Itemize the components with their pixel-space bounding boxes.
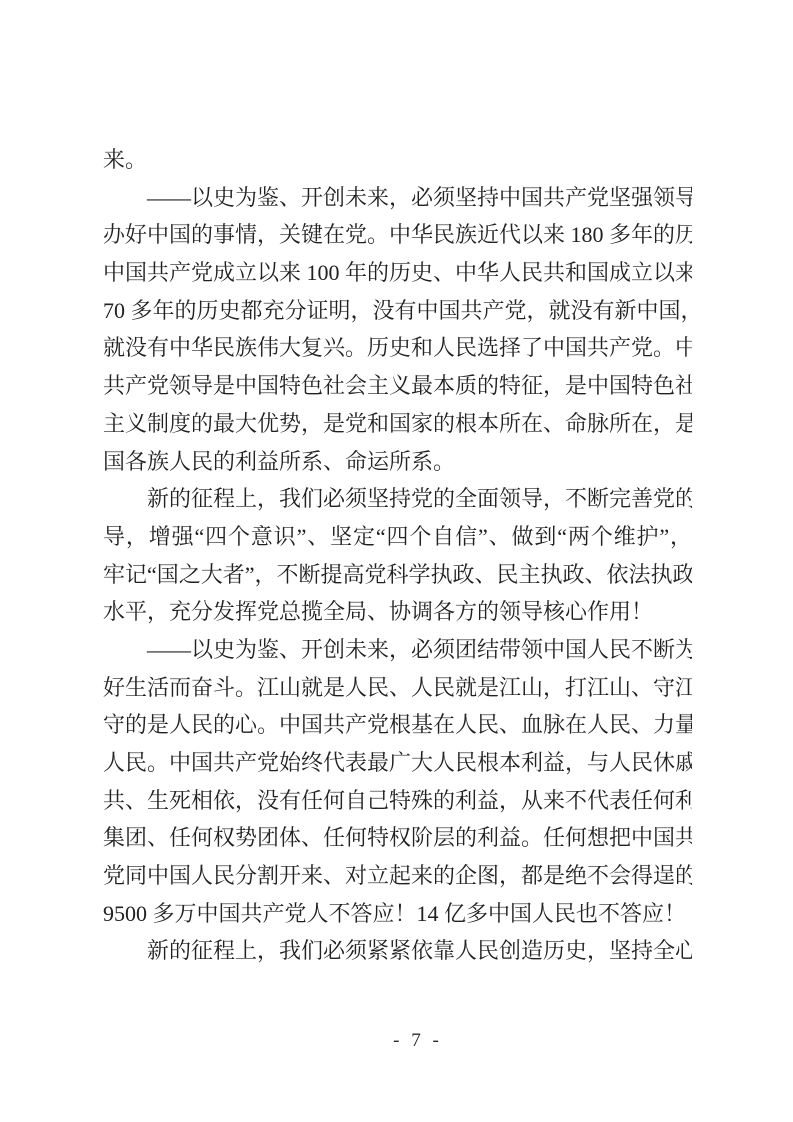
text-line: 主义制度的最大优势，是党和国家的根本所在、命脉所在，是全 — [103, 405, 692, 443]
text-line: 国各族人民的利益所系、命运所系。 — [103, 443, 692, 481]
text-line: 办好中国的事情，关键在党。中华民族近代以来 180 多年的历史、 — [103, 216, 692, 254]
text-line: 新的征程上，我们必须紧紧依靠人民创造历史，坚持全心全 — [103, 932, 692, 970]
text-line: 就没有中华民族伟大复兴。历史和人民选择了中国共产党。中国 — [103, 329, 692, 367]
text-line: 来。 — [103, 141, 692, 179]
text-line: 9500 多万中国共产党人不答应！14 亿多中国人民也不答应！ — [103, 895, 692, 933]
document-body: 来。 ——以史为鉴、开创未来，必须坚持中国共产党坚强领导。 办好中国的事情，关键… — [103, 141, 692, 970]
document-page: 来。 ——以史为鉴、开创未来，必须坚持中国共产党坚强领导。 办好中国的事情，关键… — [0, 0, 793, 1122]
text-line: 守的是人民的心。中国共产党根基在人民、血脉在人民、力量在 — [103, 706, 692, 744]
text-line: 党同中国人民分割开来、对立起来的企图，都是绝不会得逞的！ — [103, 857, 692, 895]
text-line: 共产党领导是中国特色社会主义最本质的特征，是中国特色社会 — [103, 367, 692, 405]
text-line: ——以史为鉴、开创未来，必须团结带领中国人民不断为美 — [103, 631, 692, 669]
text-line: 牢记“国之大者”，不断提高党科学执政、民主执政、依法执政 — [103, 556, 692, 594]
text-line: ——以史为鉴、开创未来，必须坚持中国共产党坚强领导。 — [103, 179, 692, 217]
text-line: 共、生死相依，没有任何自己特殊的利益，从来不代表任何利益 — [103, 782, 692, 820]
page-number: - 7 - — [393, 1029, 440, 1053]
page-footer: - 7 - — [0, 1029, 793, 1053]
text-line: 70 多年的历史都充分证明，没有中国共产党，就没有新中国， — [103, 292, 692, 330]
text-line: 好生活而奋斗。江山就是人民、人民就是江山，打江山、守江山， — [103, 669, 692, 707]
text-line: 新的征程上，我们必须坚持党的全面领导，不断完善党的领 — [103, 480, 692, 518]
text-line: 人民。中国共产党始终代表最广大人民根本利益，与人民休戚与 — [103, 744, 692, 782]
text-line: 导，增强“四个意识”、坚定“四个自信”、做到“两个维护”， — [103, 518, 692, 556]
text-line: 中国共产党成立以来 100 年的历史、中华人民共和国成立以来 — [103, 254, 692, 292]
text-line: 水平，充分发挥党总揽全局、协调各方的领导核心作用！ — [103, 593, 692, 631]
text-line: 集团、任何权势团体、任何特权阶层的利益。任何想把中国共产 — [103, 819, 692, 857]
